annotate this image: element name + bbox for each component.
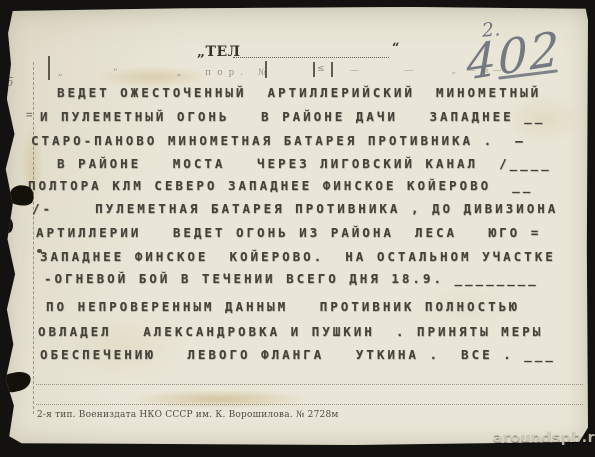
site-watermark: aroundspb.ru xyxy=(493,430,595,446)
telegram-line-12: ОБЕСПЕЧЕНИЮ ЛЕВОГО ФЛАНГА УТКИНА . ВСЕ .… xyxy=(40,348,556,362)
form-row-bar xyxy=(313,62,315,77)
form-row-bar xyxy=(265,61,267,78)
telegram-line-11: ОВЛАДЕЛ АЛЕКСАНДРОВКА И ПУШКИН . ПРИНЯТЫ… xyxy=(38,325,543,339)
form-close-quote: “ xyxy=(392,41,399,56)
telegram-paper: „ТЕЛ “ „ “ „ пор. № ≤ — — „ —№— 2. 402 5… xyxy=(4,7,588,445)
form-row-bar xyxy=(331,62,333,77)
handwritten-registration-number: 402 xyxy=(466,21,562,92)
telegram-line-8: ЗАПАДНЕЕ ФИНСКОЕ КОЙЕРОВО. НА ОСТАЛЬНОМ … xyxy=(40,250,556,264)
telegram-line-7: АРТИЛЛЕРИИ ВЕДЕТ ОГОНЬ ИЗ РАЙОНА ЛЕСА ЮГ… xyxy=(36,226,541,240)
left-margin-dashed-line xyxy=(33,62,34,414)
telegram-line-9: -ОГНЕВОЙ БОЙ В ТЕЧЕНИИ ВСЕГО ДНЯ 18.9. _… xyxy=(44,272,539,286)
telegram-line-10: ПО НЕПРОВЕРЕННЫМ ДАННЫМ ПРОТИВНИК ПОЛНОС… xyxy=(46,300,520,314)
form-row-compare-mark: ≤ xyxy=(317,64,325,74)
telegram-line-4: В РАЙОНЕ МОСТА ЧЕРЕЗ ЛИГОВСКИЙ КАНАЛ /__… xyxy=(57,157,552,171)
form-row-left-print: „ “ „ пор. № xyxy=(58,68,273,78)
form-row-bar xyxy=(48,56,50,80)
ink-speck xyxy=(37,249,42,253)
form-leader-line xyxy=(233,43,389,58)
blank-form-line-1 xyxy=(36,384,583,385)
print-imprint: 2-я тип. Воениздата НКО СССР им. К. Воро… xyxy=(37,410,339,420)
telegram-line-1: ВЕДЕТ ОЖЕСТОЧЕННЫЙ АРТИЛЛЕРИЙСКИЙ МИНОМЕ… xyxy=(57,86,541,100)
scanned-telegram: „ТЕЛ “ „ “ „ пор. № ≤ — — „ —№— 2. 402 5… xyxy=(0,0,595,457)
telegram-line-6: /- ПУЛЕМЕТНАЯ БАТАРЕЯ ПРОТИВНИКА , ДО ДИ… xyxy=(32,202,558,216)
telegram-line-2: И ПУЛЕМЕТНЫЙ ОГОНЬ В РАЙОНЕ ДАЧИ ЗАПАДНЕ… xyxy=(40,110,545,124)
margin-equals-mark: = xyxy=(26,108,33,121)
ink-blot xyxy=(2,369,33,394)
telegram-line-3: СТАРО-ПАНОВО МИНОМЕТНАЯ БАТАРЕЯ ПРОТИВНИ… xyxy=(31,134,526,148)
ink-blot xyxy=(4,218,13,233)
blank-form-line-2 xyxy=(36,404,583,405)
telegram-line-5: ПОЛТОРА КЛМ СЕВЕРО ЗАПАДНЕЕ ФИНСКОЕ КОЙЕ… xyxy=(28,179,533,193)
edge-pencil-mark: 5 xyxy=(6,75,14,89)
